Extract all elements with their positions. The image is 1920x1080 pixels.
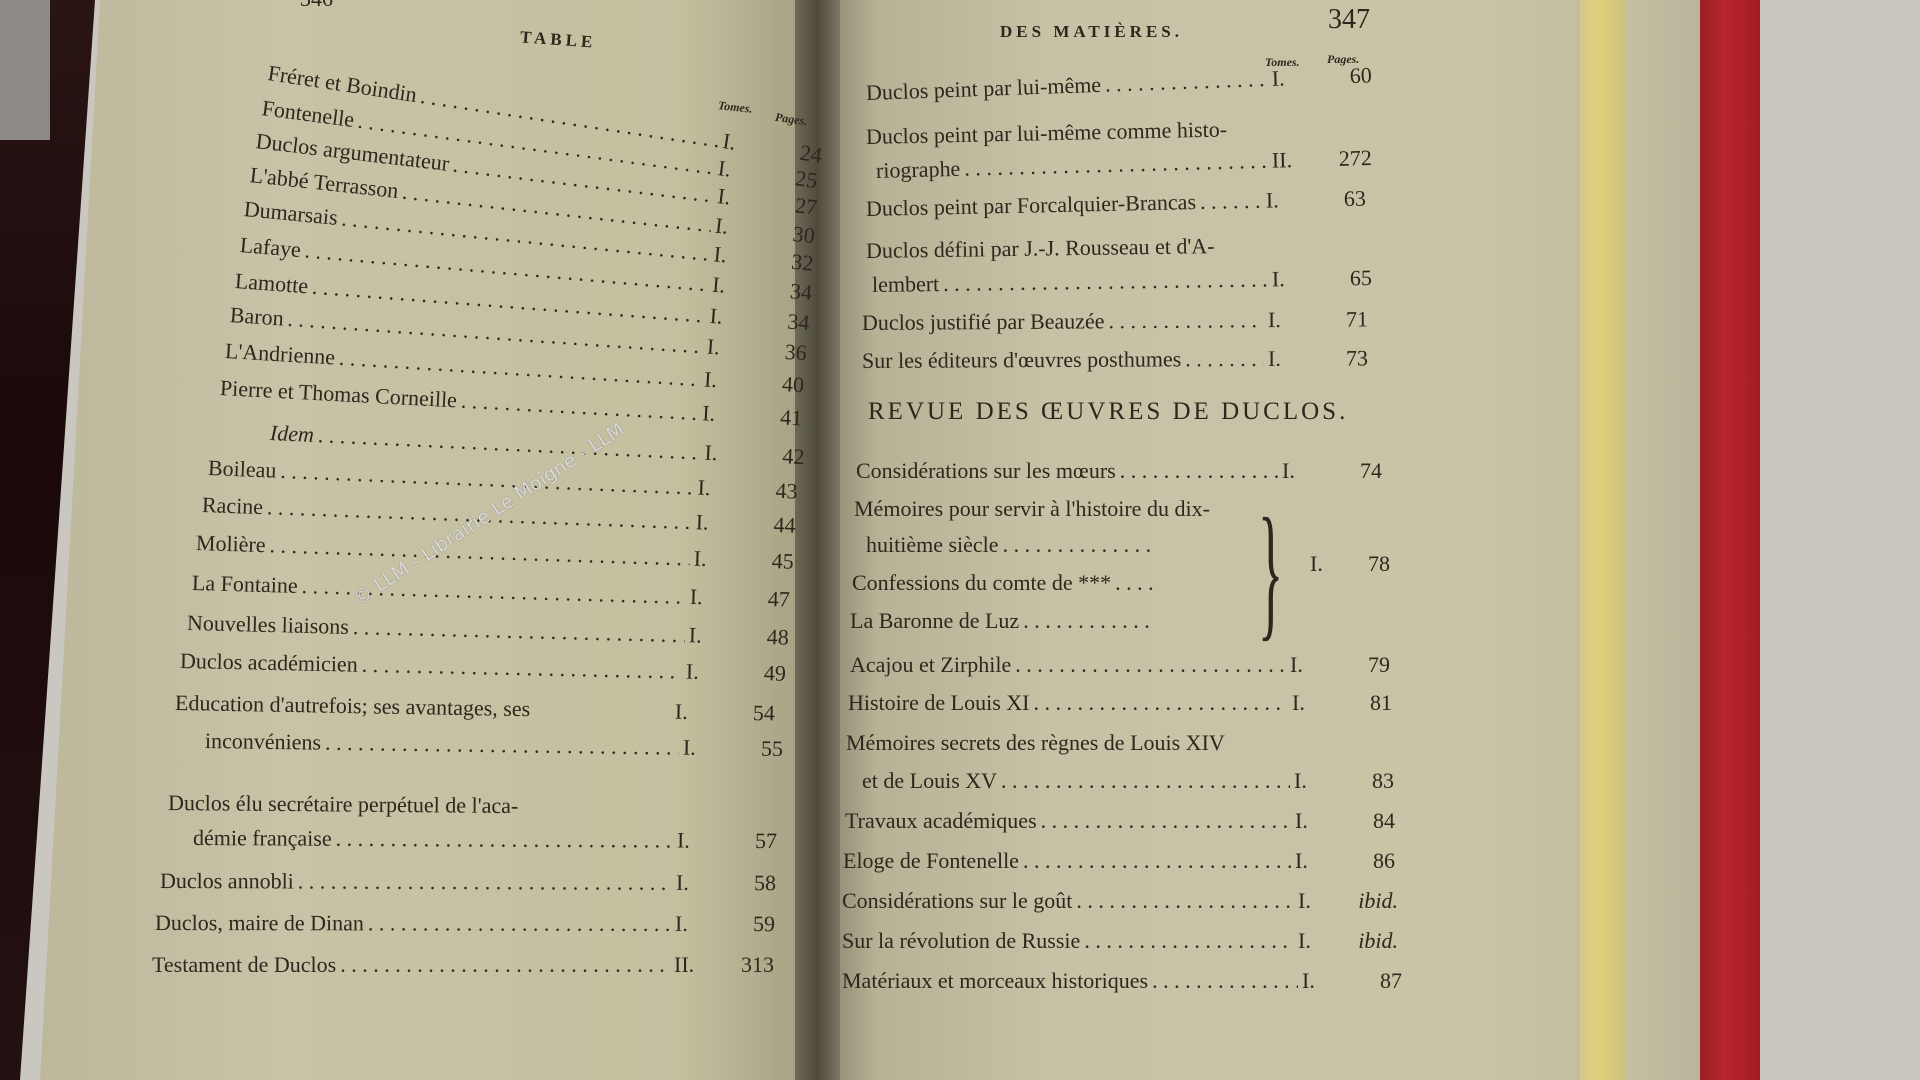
toc-entry: huitième siècle	[866, 532, 1258, 558]
leader-dots	[1015, 652, 1286, 678]
entry-tome: I.	[676, 870, 726, 896]
toc-entry: Sur les éditeurs d'œuvres posthumesI.73	[862, 345, 1368, 374]
toc-entry: Duclos justifié par BeauzéeI.71	[862, 306, 1368, 336]
entry-tome: I.	[702, 400, 753, 429]
entry-page: 65	[1322, 265, 1372, 292]
entry-page: 42	[754, 442, 805, 470]
entry-page: 63	[1316, 186, 1367, 213]
toc-entry: Histoire de Louis XII.81	[848, 690, 1392, 716]
entry-tome: I.	[714, 213, 767, 244]
entry-tome: I.	[1294, 768, 1344, 794]
entry-page: 43	[747, 477, 798, 505]
entry-page: 59	[725, 911, 775, 937]
toc-entry: Considérations sur les mœursI.74	[856, 458, 1382, 484]
entry-tome: I.	[713, 241, 765, 272]
page-stack	[1625, 0, 1705, 1080]
page-number-left: 346	[300, 0, 333, 12]
leader-dots	[1200, 188, 1262, 215]
entry-tome: I.	[1268, 346, 1318, 372]
entry-tome: I.	[697, 475, 748, 503]
entry-tome: I.	[1295, 848, 1345, 874]
entry-title: et de Louis XV	[862, 768, 997, 794]
toc-entry: La Baronne de Luz	[850, 608, 1258, 634]
leader-dots	[1185, 346, 1264, 372]
entry-tome: I.	[689, 622, 740, 649]
entry-page: 81	[1342, 690, 1392, 716]
entry-tome: I.	[1292, 690, 1342, 716]
entry-tome: II.	[674, 952, 724, 978]
entry-title: Matériaux et morceaux historiques	[842, 968, 1148, 994]
leader-dots	[298, 868, 672, 895]
leader-dots	[325, 730, 679, 761]
entry-page: 313	[724, 952, 774, 978]
entry-tome: I.	[1282, 458, 1332, 484]
toc-entry: Travaux académiquesI.84	[845, 808, 1395, 834]
entry-title: Duclos élu secrétaire perpétuel de l'aca…	[168, 790, 518, 819]
entry-title: Considérations sur le goût	[842, 888, 1072, 914]
entry-title: Racine	[202, 492, 264, 520]
entry-title: huitième siècle	[866, 532, 999, 558]
entry-page: 55	[733, 735, 783, 762]
entry-tome: I.	[689, 584, 740, 611]
entry-title: démie française	[193, 825, 332, 852]
toc-entry: Duclos, maire de DinanI.59	[155, 910, 775, 937]
entry-title: Acajou et Zirphile	[850, 652, 1011, 678]
entry-page: 48	[739, 623, 790, 650]
entry-title: Sur les éditeurs d'œuvres posthumes	[862, 346, 1181, 374]
entry-tome: I.	[677, 828, 727, 854]
entry-tome: I.	[1271, 64, 1322, 92]
entry-title: lembert	[872, 271, 940, 298]
entry-page: 49	[736, 660, 787, 687]
toc-entry: Duclos annobliI.58	[160, 868, 776, 896]
entry-title: Considérations sur les mœurs	[856, 458, 1116, 484]
entry-title: Duclos annobli	[160, 868, 294, 894]
entry-tome: I.	[1268, 307, 1318, 333]
leader-dots	[336, 826, 673, 854]
entry-title: inconvéniens	[205, 728, 321, 756]
entry-tome: I.	[1302, 968, 1352, 994]
entry-page: 34	[759, 307, 811, 337]
toc-entry: Sur la révolution de RussieI.ibid.	[842, 928, 1398, 954]
entry-title: riographe	[876, 156, 961, 184]
entry-title: Testament de Duclos	[152, 952, 336, 978]
entry-title: Boileau	[207, 455, 276, 484]
entry-tome: I.	[683, 735, 733, 762]
entry-tome: II.	[1272, 146, 1323, 173]
entry-tome: I.	[1298, 888, 1348, 914]
leader-dots	[1115, 570, 1154, 596]
entry-page: 83	[1344, 768, 1394, 794]
entry-page: 84	[1345, 808, 1395, 834]
entry-tome: I.	[695, 509, 746, 537]
entry-tome: I.	[675, 911, 725, 937]
page-number-right: 347	[1328, 4, 1370, 36]
entry-title: Confessions du comte de ***	[852, 570, 1111, 596]
leader-dots	[368, 910, 671, 937]
entry-page: ibid.	[1348, 928, 1398, 954]
bracket-brace: }	[1258, 496, 1283, 646]
entry-tome: I.	[706, 334, 758, 363]
leader-dots	[1041, 808, 1291, 834]
entry-title: Lamotte	[234, 268, 309, 299]
entry-tome: I.	[703, 366, 754, 395]
entry-page: 44	[745, 511, 796, 539]
toc-entry: Acajou et ZirphileI.79	[850, 652, 1390, 678]
entry-title: Idem	[269, 420, 314, 448]
toc-entry: démie françaiseI.57	[193, 825, 777, 854]
entry-title: La Baronne de Luz	[850, 608, 1019, 634]
entry-page: 47	[739, 585, 790, 612]
entry-page: 41	[752, 403, 803, 432]
leader-dots	[1003, 532, 1154, 558]
entry-title: Duclos, maire de Dinan	[155, 910, 364, 936]
leader-dots	[1023, 608, 1154, 634]
entry-tome: I.	[1295, 808, 1345, 834]
entry-tome: I.	[711, 272, 763, 302]
toc-entry: Testament de DuclosII.313	[152, 952, 774, 978]
toc-entry: Confessions du comte de ***	[852, 570, 1258, 596]
page-edge	[1580, 0, 1625, 1080]
toc-entry: et de Louis XVI.83	[862, 768, 1394, 794]
leader-dots	[1152, 968, 1298, 994]
toc-entry: Eloge de FontenelleI.86	[843, 848, 1395, 874]
entry-title: Lafaye	[239, 232, 302, 263]
background-wall	[1760, 0, 1920, 1080]
entry-page: ibid.	[1348, 888, 1398, 914]
entry-tome: I.	[1272, 266, 1322, 293]
entry-tome	[1227, 135, 1277, 136]
entry-title: Eloge de Fontenelle	[843, 848, 1019, 874]
entry-title: Mémoires secrets des règnes de Louis XIV	[846, 730, 1225, 756]
leader-dots	[1108, 307, 1264, 334]
entry-page: 40	[753, 369, 804, 398]
red-cover	[1700, 0, 1760, 1080]
entry-tome: I.	[1290, 652, 1340, 678]
entry-page: 272	[1322, 145, 1373, 172]
entry-tome: I.	[1298, 928, 1348, 954]
entry-page: 36	[756, 337, 808, 366]
entry-title: Travaux académiques	[845, 808, 1037, 834]
leader-dots	[1120, 458, 1278, 484]
entry-page: 87	[1352, 968, 1402, 994]
entry-page: 74	[1332, 458, 1382, 484]
entry-tome: I.	[693, 546, 744, 574]
running-header-right: DES MATIÈRES.	[1000, 22, 1183, 42]
entry-tome: I.	[704, 440, 755, 468]
toc-entry: Considérations sur le goûtI.ibid.	[842, 888, 1398, 914]
entry-title: Molière	[196, 530, 266, 558]
entry-title: Histoire de Louis XI	[848, 690, 1029, 716]
entry-title: Sur la révolution de Russie	[842, 928, 1080, 954]
leader-dots	[1033, 690, 1288, 716]
bracket-tome: I.	[1310, 551, 1323, 577]
entry-page: 73	[1318, 345, 1368, 371]
entry-page: 45	[743, 547, 794, 575]
entry-page: 30	[764, 218, 817, 249]
entry-page: 32	[762, 246, 814, 277]
entry-tome: I.	[1266, 187, 1317, 214]
entry-page: 71	[1318, 306, 1368, 332]
entry-title: Duclos académicien	[180, 648, 358, 678]
entry-title: Duclos justifié par Beauzée	[862, 308, 1105, 336]
entry-title: La Fontaine	[192, 570, 298, 599]
leader-dots	[340, 952, 670, 978]
leader-dots	[1084, 928, 1294, 954]
entry-title: Nouvelles liaisons	[187, 610, 350, 640]
entry-tome: I.	[709, 303, 761, 333]
entry-page: 79	[1340, 652, 1390, 678]
entry-tome	[1215, 252, 1265, 253]
toc-entry: Mémoires pour servir à l'histoire du dix…	[854, 496, 1274, 522]
entry-title: Baron	[229, 302, 284, 332]
toc-entry: Mémoires secrets des règnes de Louis XIV	[846, 730, 1326, 756]
toc-entry: Matériaux et morceaux historiquesI.87	[842, 968, 1402, 994]
entry-page: 86	[1345, 848, 1395, 874]
leader-dots	[943, 266, 1268, 297]
entry-tome: I.	[686, 659, 737, 686]
section-title: REVUE DES ŒUVRES DE DUCLOS.	[868, 398, 1348, 426]
entry-page: 57	[727, 828, 777, 854]
leader-dots	[1076, 888, 1294, 914]
toc-entry: Duclos élu secrétaire perpétuel de l'aca…	[168, 790, 728, 821]
leader-dots	[1001, 768, 1290, 794]
entry-title: Mémoires pour servir à l'histoire du dix…	[854, 496, 1210, 522]
entry-title: Duclos défini par J.-J. Rousseau et d'A-	[866, 233, 1215, 264]
entry-page: 58	[726, 870, 776, 896]
leader-dots	[1023, 848, 1291, 874]
entry-tome: I.	[675, 699, 725, 726]
entry-page: 54	[725, 700, 775, 727]
entry-page: 60	[1321, 62, 1372, 90]
entry-page: 34	[761, 276, 813, 306]
bracket-page: 78	[1368, 551, 1390, 577]
